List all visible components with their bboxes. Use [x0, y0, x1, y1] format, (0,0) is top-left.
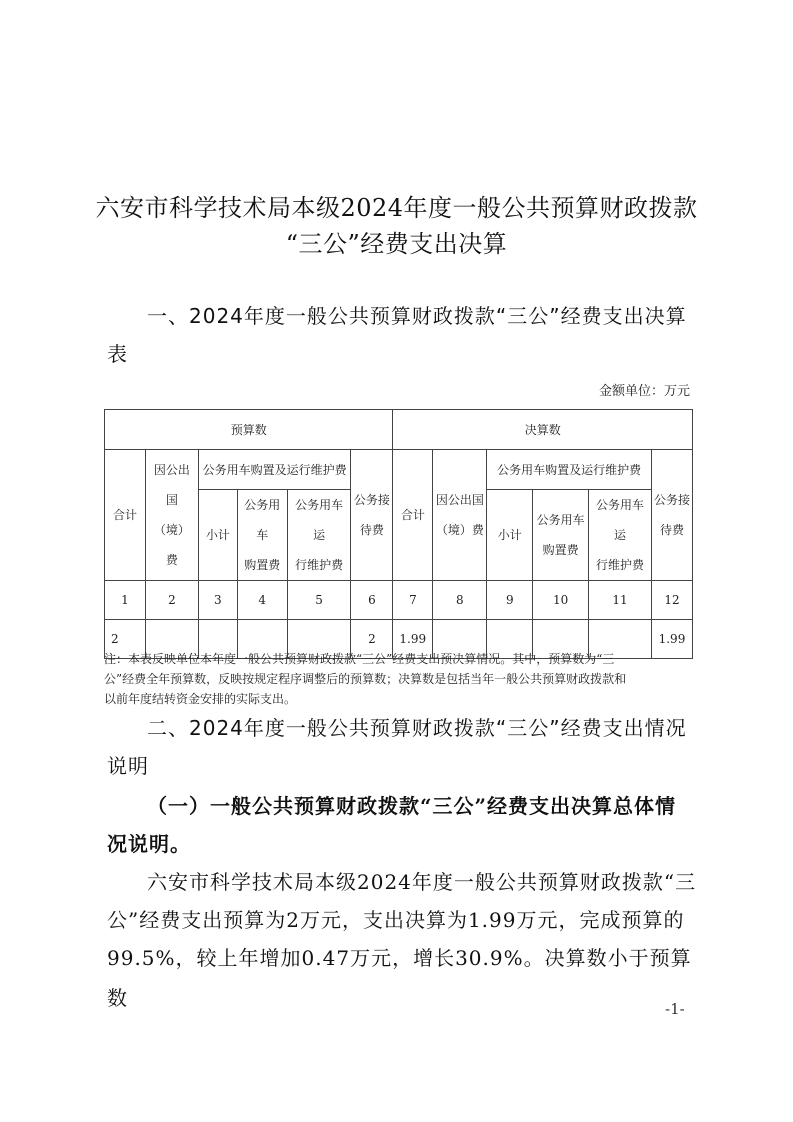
budget-overseas-header-line1: 因公出国 — [148, 455, 196, 515]
column-header-row-1: 合计 因公出国 （境）费 公务用车购置及运行维护费 公务接 待费 合计 因公出国… — [105, 450, 693, 490]
final-overseas-header-line2: （境）费 — [435, 515, 484, 545]
body-paragraph-line3: 99.5%，较上年增加0.47万元，增长30.9%。决算数小于预算数 — [107, 938, 697, 1018]
column-number: 7 — [393, 581, 433, 620]
section2-heading-line2: 说明 — [107, 746, 697, 786]
unit-label: 金额单位：万元 — [599, 380, 690, 399]
column-number: 1 — [105, 581, 146, 620]
final-vehicle-purchase-line1: 公务用车 — [535, 505, 586, 535]
column-number: 3 — [198, 581, 237, 620]
budget-reception-header: 公务接 待费 — [351, 450, 393, 581]
document-title-line2: “三公”经费支出决算 — [0, 224, 793, 264]
final-vehicle-group-header: 公务用车购置及运行维护费 — [487, 450, 652, 490]
budget-reception-header-line1: 公务接 — [353, 485, 390, 515]
body-paragraph-line1: 六安市科学技术局本级2024年度一般公共预算财政拨款“三 — [107, 862, 697, 902]
table-note-line2: 公”经费全年预算数，反映按规定程序调整后的预算数；决算数是包括当年一般公共预算财… — [104, 669, 696, 689]
section2-heading-line1: 二、2024年度一般公共预算财政拨款“三公”经费支出情况 — [107, 708, 697, 748]
section1-heading-line2: 表 — [107, 334, 697, 374]
page-number: -1- — [665, 1000, 685, 1018]
final-subtotal-header: 小计 — [487, 490, 533, 581]
subsection1-heading-line1: （一）一般公共预算财政拨款“三公”经费支出决算总体情 — [107, 786, 697, 826]
final-reception-header-line1: 公务接 — [654, 485, 690, 515]
final-vehicle-purchase-line2: 购置费 — [535, 535, 586, 565]
three-public-expenses-table: 预算数 决算数 合计 因公出国 （境）费 公务用车购置及运行维护费 公务接 待费… — [104, 409, 693, 659]
final-reception-header-line2: 待费 — [654, 515, 690, 545]
budget-vehicle-operation-line1: 公务用车运 — [290, 490, 349, 550]
column-number: 10 — [533, 581, 589, 620]
final-overseas-header: 因公出国 （境）费 — [433, 450, 487, 581]
column-number: 2 — [145, 581, 198, 620]
column-number: 11 — [589, 581, 652, 620]
document-title-line1: 六安市科学技术局本级2024年度一般公共预算财政拨款 — [0, 188, 793, 228]
section1-heading-line1: 一、2024年度一般公共预算财政拨款“三公”经费支出决算 — [107, 296, 697, 336]
final-vehicle-operation-line2: 行维护费 — [591, 550, 649, 580]
table-note-line1: 注：本表反映单位本年度一般公共预算财政拨款“三公”经费支出预决算情况。其中，预算… — [104, 649, 696, 669]
budget-vehicle-purchase-line2: 购置费 — [240, 550, 285, 580]
budget-group-header: 预算数 — [105, 410, 393, 450]
budget-vehicle-purchase-header: 公务用车 购置费 — [237, 490, 287, 581]
final-reception-header: 公务接 待费 — [651, 450, 692, 581]
budget-total-header: 合计 — [105, 450, 146, 581]
column-number: 12 — [651, 581, 692, 620]
budget-vehicle-operation-line2: 行维护费 — [290, 550, 349, 580]
group-header-row: 预算数 决算数 — [105, 410, 693, 450]
table-note: 注：本表反映单位本年度一般公共预算财政拨款“三公”经费支出预决算情况。其中，预算… — [104, 649, 696, 709]
budget-reception-header-line2: 待费 — [353, 515, 390, 545]
column-number: 9 — [487, 581, 533, 620]
column-number: 6 — [351, 581, 393, 620]
body-paragraph-line2: 公”经费支出预算为2万元，支出决算为1.99万元，完成预算的 — [107, 900, 697, 940]
column-number-row: 1 2 3 4 5 6 7 8 9 10 11 12 — [105, 581, 693, 620]
final-group-header: 决算数 — [393, 410, 693, 450]
budget-vehicle-purchase-line1: 公务用车 — [240, 490, 285, 550]
final-overseas-header-line1: 因公出国 — [435, 485, 484, 515]
column-number: 8 — [433, 581, 487, 620]
budget-subtotal-header: 小计 — [198, 490, 237, 581]
final-vehicle-purchase-header: 公务用车 购置费 — [533, 490, 589, 581]
budget-vehicle-operation-header: 公务用车运 行维护费 — [287, 490, 351, 581]
final-vehicle-operation-header: 公务用车运 行维护费 — [589, 490, 652, 581]
budget-overseas-header: 因公出国 （境）费 — [145, 450, 198, 581]
budget-vehicle-group-header: 公务用车购置及运行维护费 — [198, 450, 351, 490]
column-number: 5 — [287, 581, 351, 620]
budget-overseas-header-line2: （境）费 — [148, 515, 196, 575]
subsection1-heading-line2: 况说明。 — [107, 824, 697, 864]
final-vehicle-operation-line1: 公务用车运 — [591, 490, 649, 550]
table-note-line3: 以前年度结转资金安排的实际支出。 — [104, 689, 696, 709]
column-number: 4 — [237, 581, 287, 620]
final-total-header: 合计 — [393, 450, 433, 581]
